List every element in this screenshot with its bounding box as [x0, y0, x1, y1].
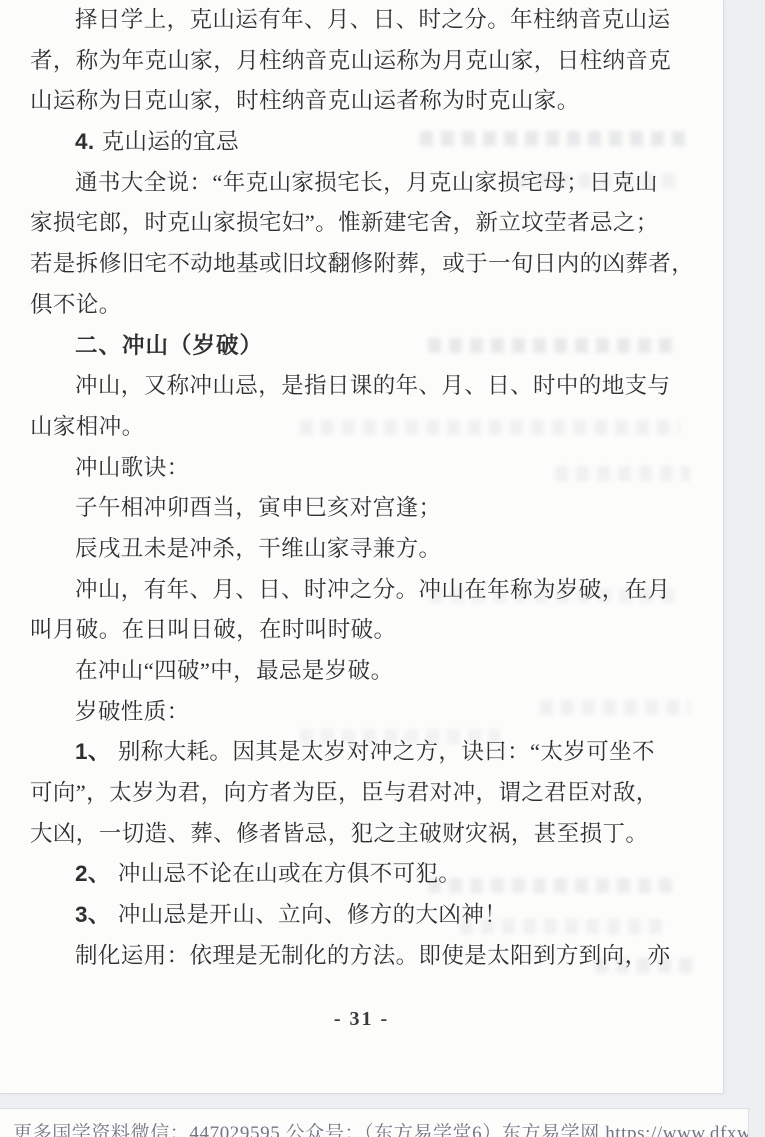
line-text: 可向”，太岁为君，向方者为臣，臣与君对冲，谓之君臣对敌，	[30, 780, 659, 805]
text-line: 4.克山运的宜忌	[30, 122, 706, 163]
page-text-block: 择日学上，克山运有年、月、日、时之分。年柱纳音克山运者，称为年克山家，月柱纳音克…	[30, 0, 706, 977]
line-number-prefix: 3、	[75, 902, 111, 927]
text-line: 3、冲山忌是开山、立向、修方的大凶神！	[30, 895, 706, 936]
text-line: 叫月破。在日叫日破，在时叫时破。	[30, 610, 706, 651]
text-line: 在冲山“四破”中，最忌是岁破。	[30, 651, 706, 692]
text-line: 1、别称大耗。因其是太岁对冲之方，诀曰：“太岁可坐不	[30, 732, 706, 773]
line-text: 家损宅郎，时克山家损宅妇”。惟新建宅舍，新立坟茔者忌之；	[30, 210, 659, 235]
line-text: 二、冲山（岁破）	[75, 333, 263, 358]
line-text: 大凶，一切造、葬、修者皆忌，犯之主破财灾祸，甚至损丁。	[30, 821, 648, 846]
text-line: 大凶，一切造、葬、修者皆忌，犯之主破财灾祸，甚至损丁。	[30, 814, 706, 855]
line-text: 别称大耗。因其是太岁对冲之方，诀曰：“太岁可坐不	[118, 739, 655, 764]
line-number-prefix: 4.	[75, 129, 95, 154]
line-number-prefix: 1、	[75, 739, 111, 764]
line-text: 者，称为年克山家，月柱纳音克山运称为月克山家，日柱纳音克	[30, 48, 671, 73]
line-text: 俱不论。	[30, 292, 122, 317]
text-line: 者，称为年克山家，月柱纳音克山运称为月克山家，日柱纳音克	[30, 41, 706, 82]
text-line: 山运称为日克山家，时柱纳音克山运者称为时克山家。	[30, 81, 706, 122]
text-line: 子午相冲卯酉当，寅申巳亥对宫逢；	[30, 488, 706, 529]
line-text: 冲山，又称冲山忌，是指日课的年、月、日、时中的地支与	[75, 373, 670, 398]
line-text: 冲山，有年、月、日、时冲之分。冲山在年称为岁破，在月	[75, 577, 670, 602]
line-text: 冲山忌不论在山或在方俱不可犯。	[118, 861, 462, 886]
next-page-top-edge: 更多国学资料微信：447029595 公众号：（东方易学堂6）东方易学网 htt…	[0, 1109, 748, 1137]
page-number: - 31 -	[0, 1008, 723, 1031]
line-text: 岁破性质：	[75, 699, 190, 724]
line-text: 冲山歌诀：	[75, 455, 190, 480]
text-line: 二、冲山（岁破）	[30, 326, 706, 367]
text-line: 家损宅郎，时克山家损宅妇”。惟新建宅舍，新立坟茔者忌之；	[30, 203, 706, 244]
text-line: 2、冲山忌不论在山或在方俱不可犯。	[30, 854, 706, 895]
line-text: 子午相冲卯酉当，寅申巳亥对宫逢；	[75, 495, 441, 520]
line-number-prefix: 2、	[75, 861, 111, 886]
text-line: 辰戌丑未是冲杀，干维山家寻兼方。	[30, 529, 706, 570]
promo-footer-text: 更多国学资料微信：447029595 公众号：（东方易学堂6）东方易学网 htt…	[13, 1118, 748, 1137]
text-line: 冲山歌诀：	[30, 448, 706, 489]
line-text: 冲山忌是开山、立向、修方的大凶神！	[118, 902, 507, 927]
line-text: 克山运的宜忌	[102, 129, 239, 154]
text-line: 可向”，太岁为君，向方者为臣，臣与君对冲，谓之君臣对敌，	[30, 773, 706, 814]
line-text: 辰戌丑未是冲杀，干维山家寻兼方。	[75, 536, 441, 561]
text-line: 山家相冲。	[30, 407, 706, 448]
text-line: 冲山，又称冲山忌，是指日课的年、月、日、时中的地支与	[30, 366, 706, 407]
line-text: 叫月破。在日叫日破，在时叫时破。	[30, 617, 396, 642]
text-line: 冲山，有年、月、日、时冲之分。冲山在年称为岁破，在月	[30, 570, 706, 611]
line-text: 山运称为日克山家，时柱纳音克山运者称为时克山家。	[30, 88, 580, 113]
text-line: 择日学上，克山运有年、月、日、时之分。年柱纳音克山运	[30, 0, 706, 41]
text-line: 俱不论。	[30, 285, 706, 326]
text-line: 通书大全说：“年克山家损宅长，月克山家损宅母；日克山	[30, 163, 706, 204]
line-text: 制化运用：依理是无制化的方法。即使是太阳到方到向，亦	[75, 943, 670, 968]
line-text: 在冲山“四破”中，最忌是岁破。	[75, 658, 393, 683]
text-line: 若是拆修旧宅不动地基或旧坟翻修附葬，或于一旬日内的凶葬者，	[30, 244, 706, 285]
line-text: 通书大全说：“年克山家损宅长，月克山家损宅母；日克山	[75, 170, 658, 195]
line-text: 山家相冲。	[30, 414, 145, 439]
text-line: 岁破性质：	[30, 692, 706, 733]
line-text: 若是拆修旧宅不动地基或旧坟翻修附葬，或于一旬日内的凶葬者，	[30, 251, 694, 276]
scanned-book-page: 择日学上，克山运有年、月、日、时之分。年柱纳音克山运者，称为年克山家，月柱纳音克…	[0, 0, 723, 1093]
text-line: 制化运用：依理是无制化的方法。即使是太阳到方到向，亦	[30, 936, 706, 977]
line-text: 择日学上，克山运有年、月、日、时之分。年柱纳音克山运	[75, 7, 670, 32]
